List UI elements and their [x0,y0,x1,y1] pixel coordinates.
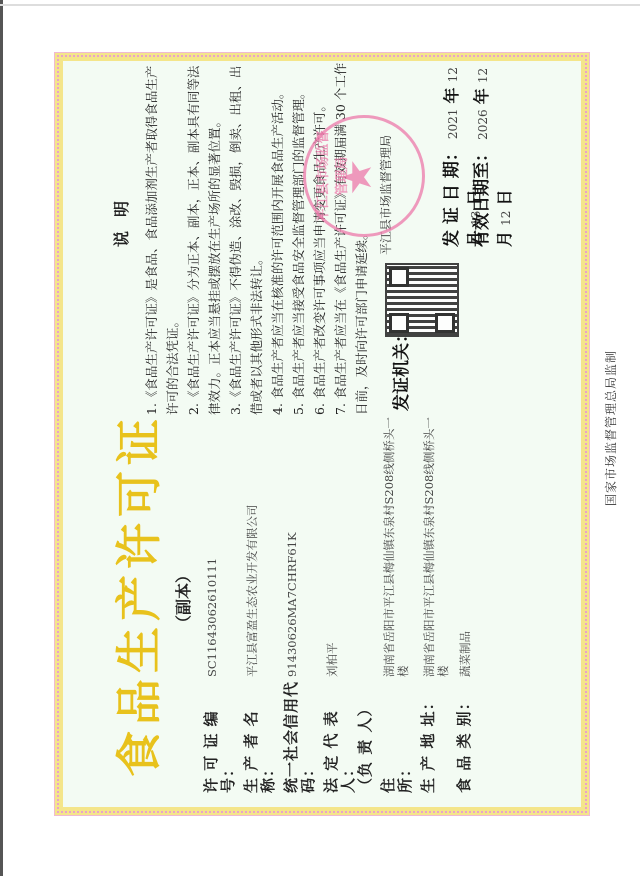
field-residence: 住 所： 湖南省岳阳市平江县梅仙镇东泉村S208线侧桥头一楼 [380,413,414,793]
issuer-label: 发证机关： [387,326,412,411]
field-food-category: 食 品 类 别： 蔬菜制品 [456,413,473,793]
field-label: 统一社会信用代码： [283,677,317,793]
month-char: 月 [495,231,514,247]
expiry-year: 2026 [476,109,490,140]
note-item: 3.《食品生产许可证》不得伪造、涂改、毁损，倒卖、出租、出借或者以其他形式非法转… [225,55,267,415]
expiry-date-label: 有效日期至： [472,145,492,247]
field-value: 蔬菜制品 [456,631,472,677]
qr-code[interactable] [385,263,459,337]
field-value: 平江县富盈生态农业开发有限公司 [243,505,259,678]
note-item: 1.《食品生产许可证》是食品、食品添加剂生产者取得食品生产许可的合法凭证。 [141,55,183,415]
issue-month: 12 [446,67,460,82]
field-license-number: 许 可 证 编 号： SC11643062610111 [203,413,237,793]
field-label: 法 定 代 表 人：（负 责 人） [323,677,374,793]
field-value: 91430626MA7CHRF61K [283,532,299,677]
certificate-title: 食品生产许可证 [103,413,169,777]
note-item: 6. 食品生产者改变许可事项应当申请变更食品生产许可。 [309,55,330,415]
certificate-frame: 食品生产许可证 （副本） 许 可 证 编 号： SC11643062610111… [54,52,590,816]
field-producer-name: 生 产 者 名 称： 平江县富盈生态农业开发有限公司 [243,413,277,793]
note-item: 4. 食品生产者应当在核准的许可范围内开展食品生产活动。 [267,55,288,415]
field-label: 食 品 类 别： [456,677,473,793]
expiry-month: 12 [476,68,490,83]
expiry-date: 有效日期至： 2026 年 12 月 12 日 [467,61,515,247]
field-value: 刘柏平 [323,643,339,678]
field-credit-code: 统一社会信用代码： 91430626MA7CHRF61K [283,413,317,793]
field-production-address: 生 产 地 址： 湖南省岳阳市平江县梅仙镇东泉村S208线侧桥头一楼 [420,413,450,793]
certificate-sheet: 食品生产许可证 （副本） 许 可 证 编 号： SC11643062610111… [0,0,640,876]
seal-star-icon: ★ [336,158,378,196]
year-char: 年 [442,87,461,103]
field-label: 许 可 证 编 号： [203,677,237,793]
issue-date-label: 发 证 日 期： [442,144,462,247]
official-seal: 平江县市场监督管理局 ★ [303,115,425,237]
field-label: 生 产 地 址： [420,677,437,793]
certificate-subtitle: （副本） [171,567,194,631]
qr-finder-pattern [435,313,455,333]
notes-title: 说明 [109,187,132,247]
note-item: 5. 食品生产者应当接受食品安全监督管理部门的监督管理。 [288,55,309,415]
field-label: 住 所： [380,677,414,793]
footer-supervisor: 国家市场监督管理总局监制 [602,350,619,506]
issue-year: 2021 [446,109,460,140]
field-value: SC11643062610111 [203,558,219,677]
certificate-fields: 许 可 证 编 号： SC11643062610111 生 产 者 名 称： 平… [203,413,479,793]
note-item: 2.《食品生产许可证》分为正本、副本，正本、副本具有同等法律效力。正本应当悬挂或… [183,55,225,415]
notes-list: 1.《食品生产许可证》是食品、食品添加剂生产者取得食品生产许可的合法凭证。 2.… [141,55,372,415]
field-value: 湖南省岳阳市平江县梅仙镇东泉村S208线侧桥头一楼 [420,413,450,677]
field-value: 湖南省岳阳市平江县梅仙镇东泉村S208线侧桥头一楼 [380,413,410,677]
field-legal-representative: 法 定 代 表 人：（负 责 人） 刘柏平 [323,413,374,793]
day-char: 日 [495,190,514,206]
expiry-day: 12 [499,211,513,226]
year-char: 年 [472,88,491,104]
field-label: 生 产 者 名 称： [243,677,277,793]
